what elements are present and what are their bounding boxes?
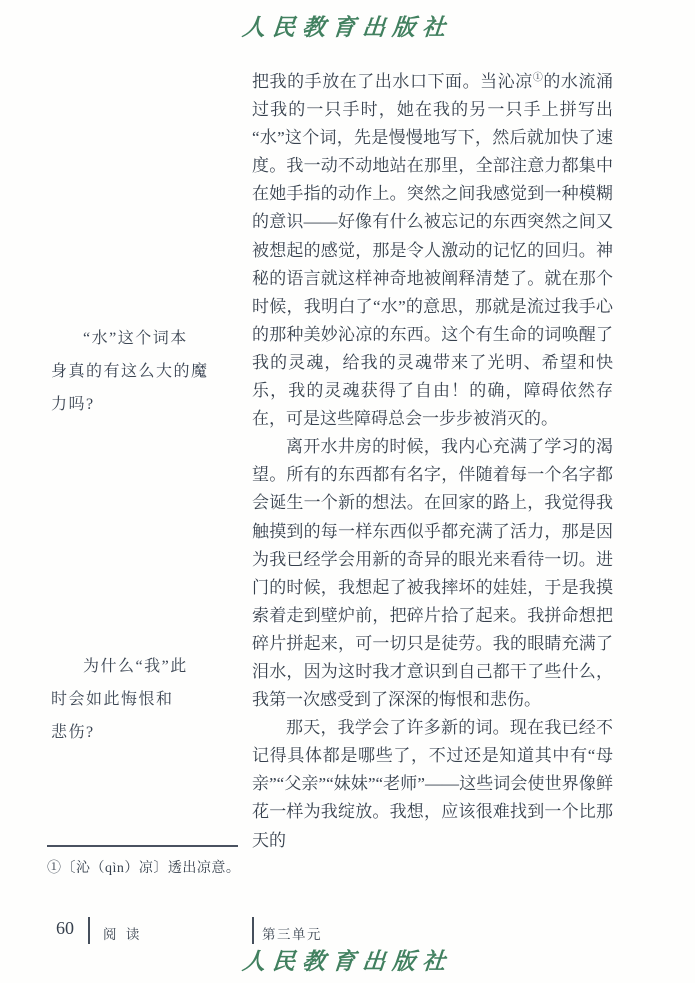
footer-divider-bar	[88, 917, 90, 944]
footer-section-label: 阅 读	[103, 923, 142, 943]
footnote-text: 〔沁（qìn）凉〕透出凉意。	[62, 861, 241, 876]
publisher-logo-top: 人民教育出版社	[0, 9, 695, 42]
footnote-divider	[47, 845, 238, 847]
footnote-marker: ①	[47, 861, 62, 876]
footnote-reference-marker: ①	[533, 72, 544, 83]
margin-note-regret-question: 为什么“我”此 时会如此悔恨和 悲伤?	[51, 650, 223, 749]
paragraph-text: 把我的手放在了出水口下面。当沁凉	[252, 72, 533, 91]
paragraph-new-words: 那天，我学会了许多新的词。现在我已经不记得具体都是哪些了，不过还是知道其中有“母…	[252, 714, 613, 854]
footnote: ①〔沁（qìn）凉〕透出凉意。	[47, 857, 240, 877]
footer-divider-bar	[252, 917, 254, 944]
textbook-page: 人民教育出版社 把我的手放在了出水口下面。当沁凉①的水流涌过我的一只手时，她在我…	[0, 0, 695, 983]
footer-unit-label: 第三单元	[262, 923, 322, 943]
paragraph-text: 的水流涌过我的一只手时，她在我的另一只手上拼写出“水”这个词，先是慢慢地写下，然…	[252, 72, 613, 428]
main-text-column: 把我的手放在了出水口下面。当沁凉①的水流涌过我的一只手时，她在我的另一只手上拼写…	[252, 68, 613, 855]
paragraph-water-revelation: 把我的手放在了出水口下面。当沁凉①的水流涌过我的一只手时，她在我的另一只手上拼写…	[252, 68, 613, 433]
margin-note-water-magic-question: “水”这个词本 身真的有这么大的魔 力吗?	[51, 322, 223, 421]
page-number: 60	[56, 918, 74, 939]
publisher-logo-bottom: 人民教育出版社	[0, 943, 695, 976]
paragraph-leaving-wellhouse: 离开水井房的时候，我内心充满了学习的渴望。所有的东西都有名字，伴随着每一个名字都…	[252, 433, 613, 714]
